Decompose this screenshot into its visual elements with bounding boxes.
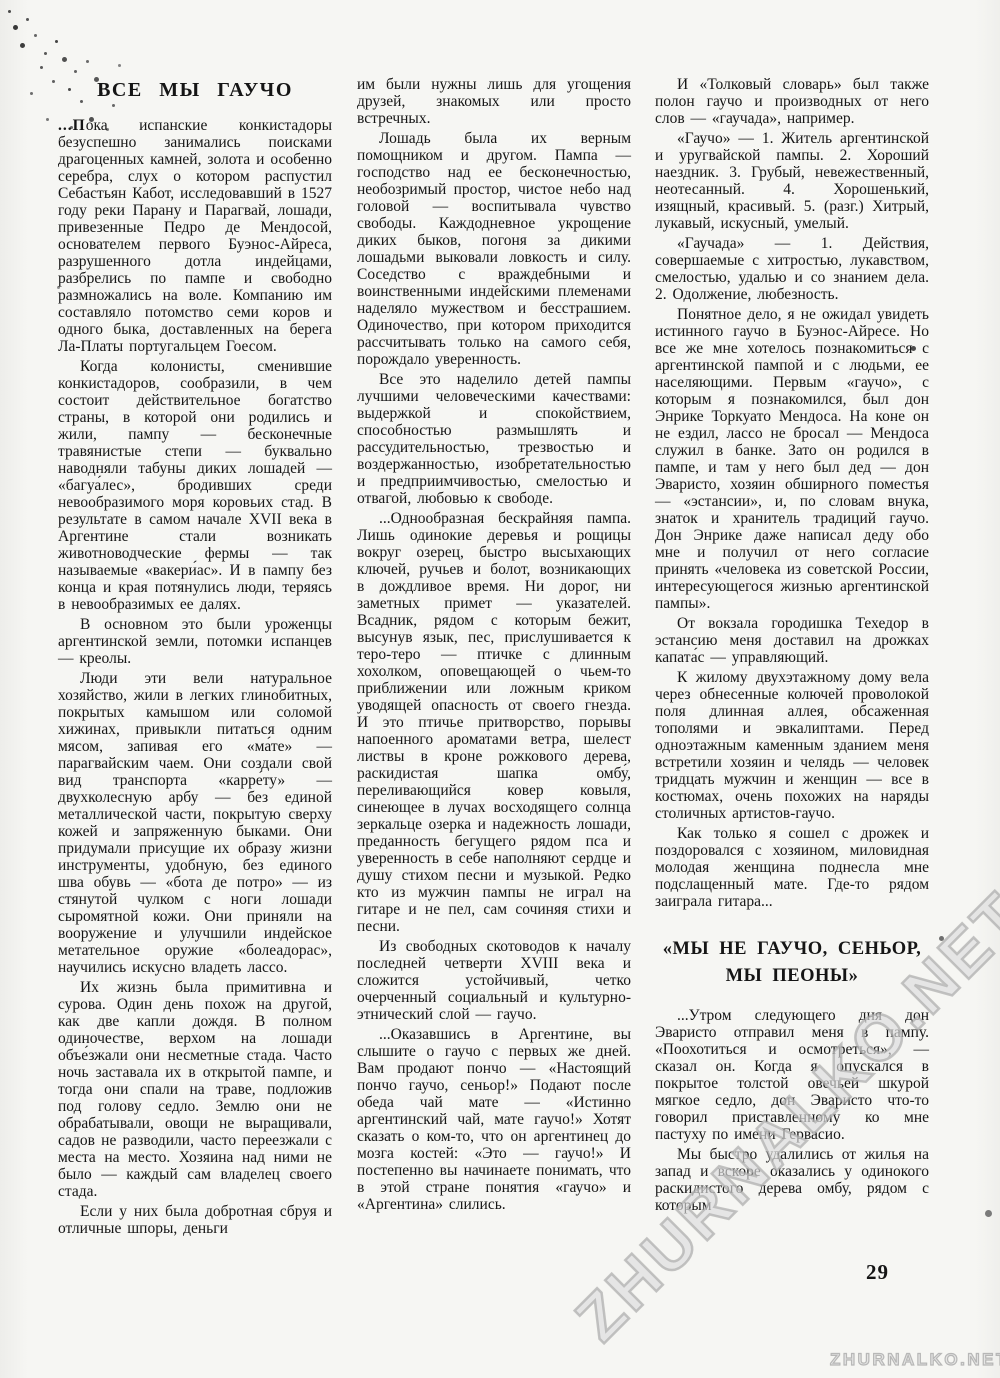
section-subheading: «МЫ НЕ ГАУЧО, СЕНЬОР, МЫ ПЕОНЫ» (657, 936, 927, 990)
article-paragraph: ...Однообразная бескрайняя пампа. Лишь о… (357, 510, 631, 935)
scanned-magazine-page: ВСЕ МЫ ГАУЧО ...Пока испанские конкистад… (0, 0, 1000, 1378)
paragraph-text: ока испанские конкистадоры безуспешно за… (58, 117, 332, 355)
paragraph-lead-in: ...П (58, 117, 86, 134)
watermark-footer: ZHURNALKO.NET (830, 1350, 1000, 1370)
article-paragraph: Лошадь была их верным помощником и друго… (357, 130, 631, 368)
article-paragraph: Понятное дело, я не ожидал увидеть истин… (655, 306, 929, 612)
article-paragraph: ...Утром следующего дня дон Эваристо отп… (655, 1007, 929, 1143)
article-paragraph: им были нужны лишь для угощения друзей, … (357, 76, 631, 127)
page-number: 29 (866, 1260, 889, 1285)
article-column-1: ВСЕ МЫ ГАУЧО ...Пока испанские конкистад… (58, 76, 332, 1240)
article-paragraph: Из свободных скотоводов к началу последн… (357, 938, 631, 1023)
article-paragraph: Мы быстро удалились от жилья на запад и … (655, 1146, 929, 1214)
article-paragraph: Люди эти вели натуральное хозяйство, жил… (58, 670, 332, 976)
article-paragraph: К жилому двухэтажному дому вела через об… (655, 669, 929, 822)
article-column-2: им были нужны лишь для угощения друзей, … (357, 76, 631, 1216)
article-paragraph: Как только я сошел с дрожек и поздоровал… (655, 825, 929, 910)
article-paragraph: Если у них была добротная сбруя и отличн… (58, 1203, 332, 1237)
article-column-3: И «Толковый словарь» был также полон гау… (655, 76, 929, 1217)
article-paragraph: В основном это были уроженцы аргентинско… (58, 616, 332, 667)
article-paragraph: «Гаучада» — 1. Действия, совершаемые с х… (655, 235, 929, 303)
article-paragraph: Все это наделило детей пампы лучшими чел… (357, 371, 631, 507)
article-paragraph: «Гаучо» — 1. Житель аргентинской и уругв… (655, 130, 929, 232)
scan-dust-specks (0, 0, 3, 3)
article-paragraph: ...Пока испанские конкистадоры безуспешн… (58, 117, 332, 355)
article-paragraph: Их жизнь была примитивна и сурова. Один … (58, 979, 332, 1200)
article-paragraph: От вокзала городишка Техедор в эстансию … (655, 615, 929, 666)
article-paragraph: ...Оказавшись в Аргентине, вы слышите о … (357, 1026, 631, 1213)
article-title: ВСЕ МЫ ГАУЧО (58, 78, 332, 102)
article-paragraph: И «Толковый словарь» был также полон гау… (655, 76, 929, 127)
article-paragraph: Когда колонисты, сменившие конкистадоров… (58, 358, 332, 613)
